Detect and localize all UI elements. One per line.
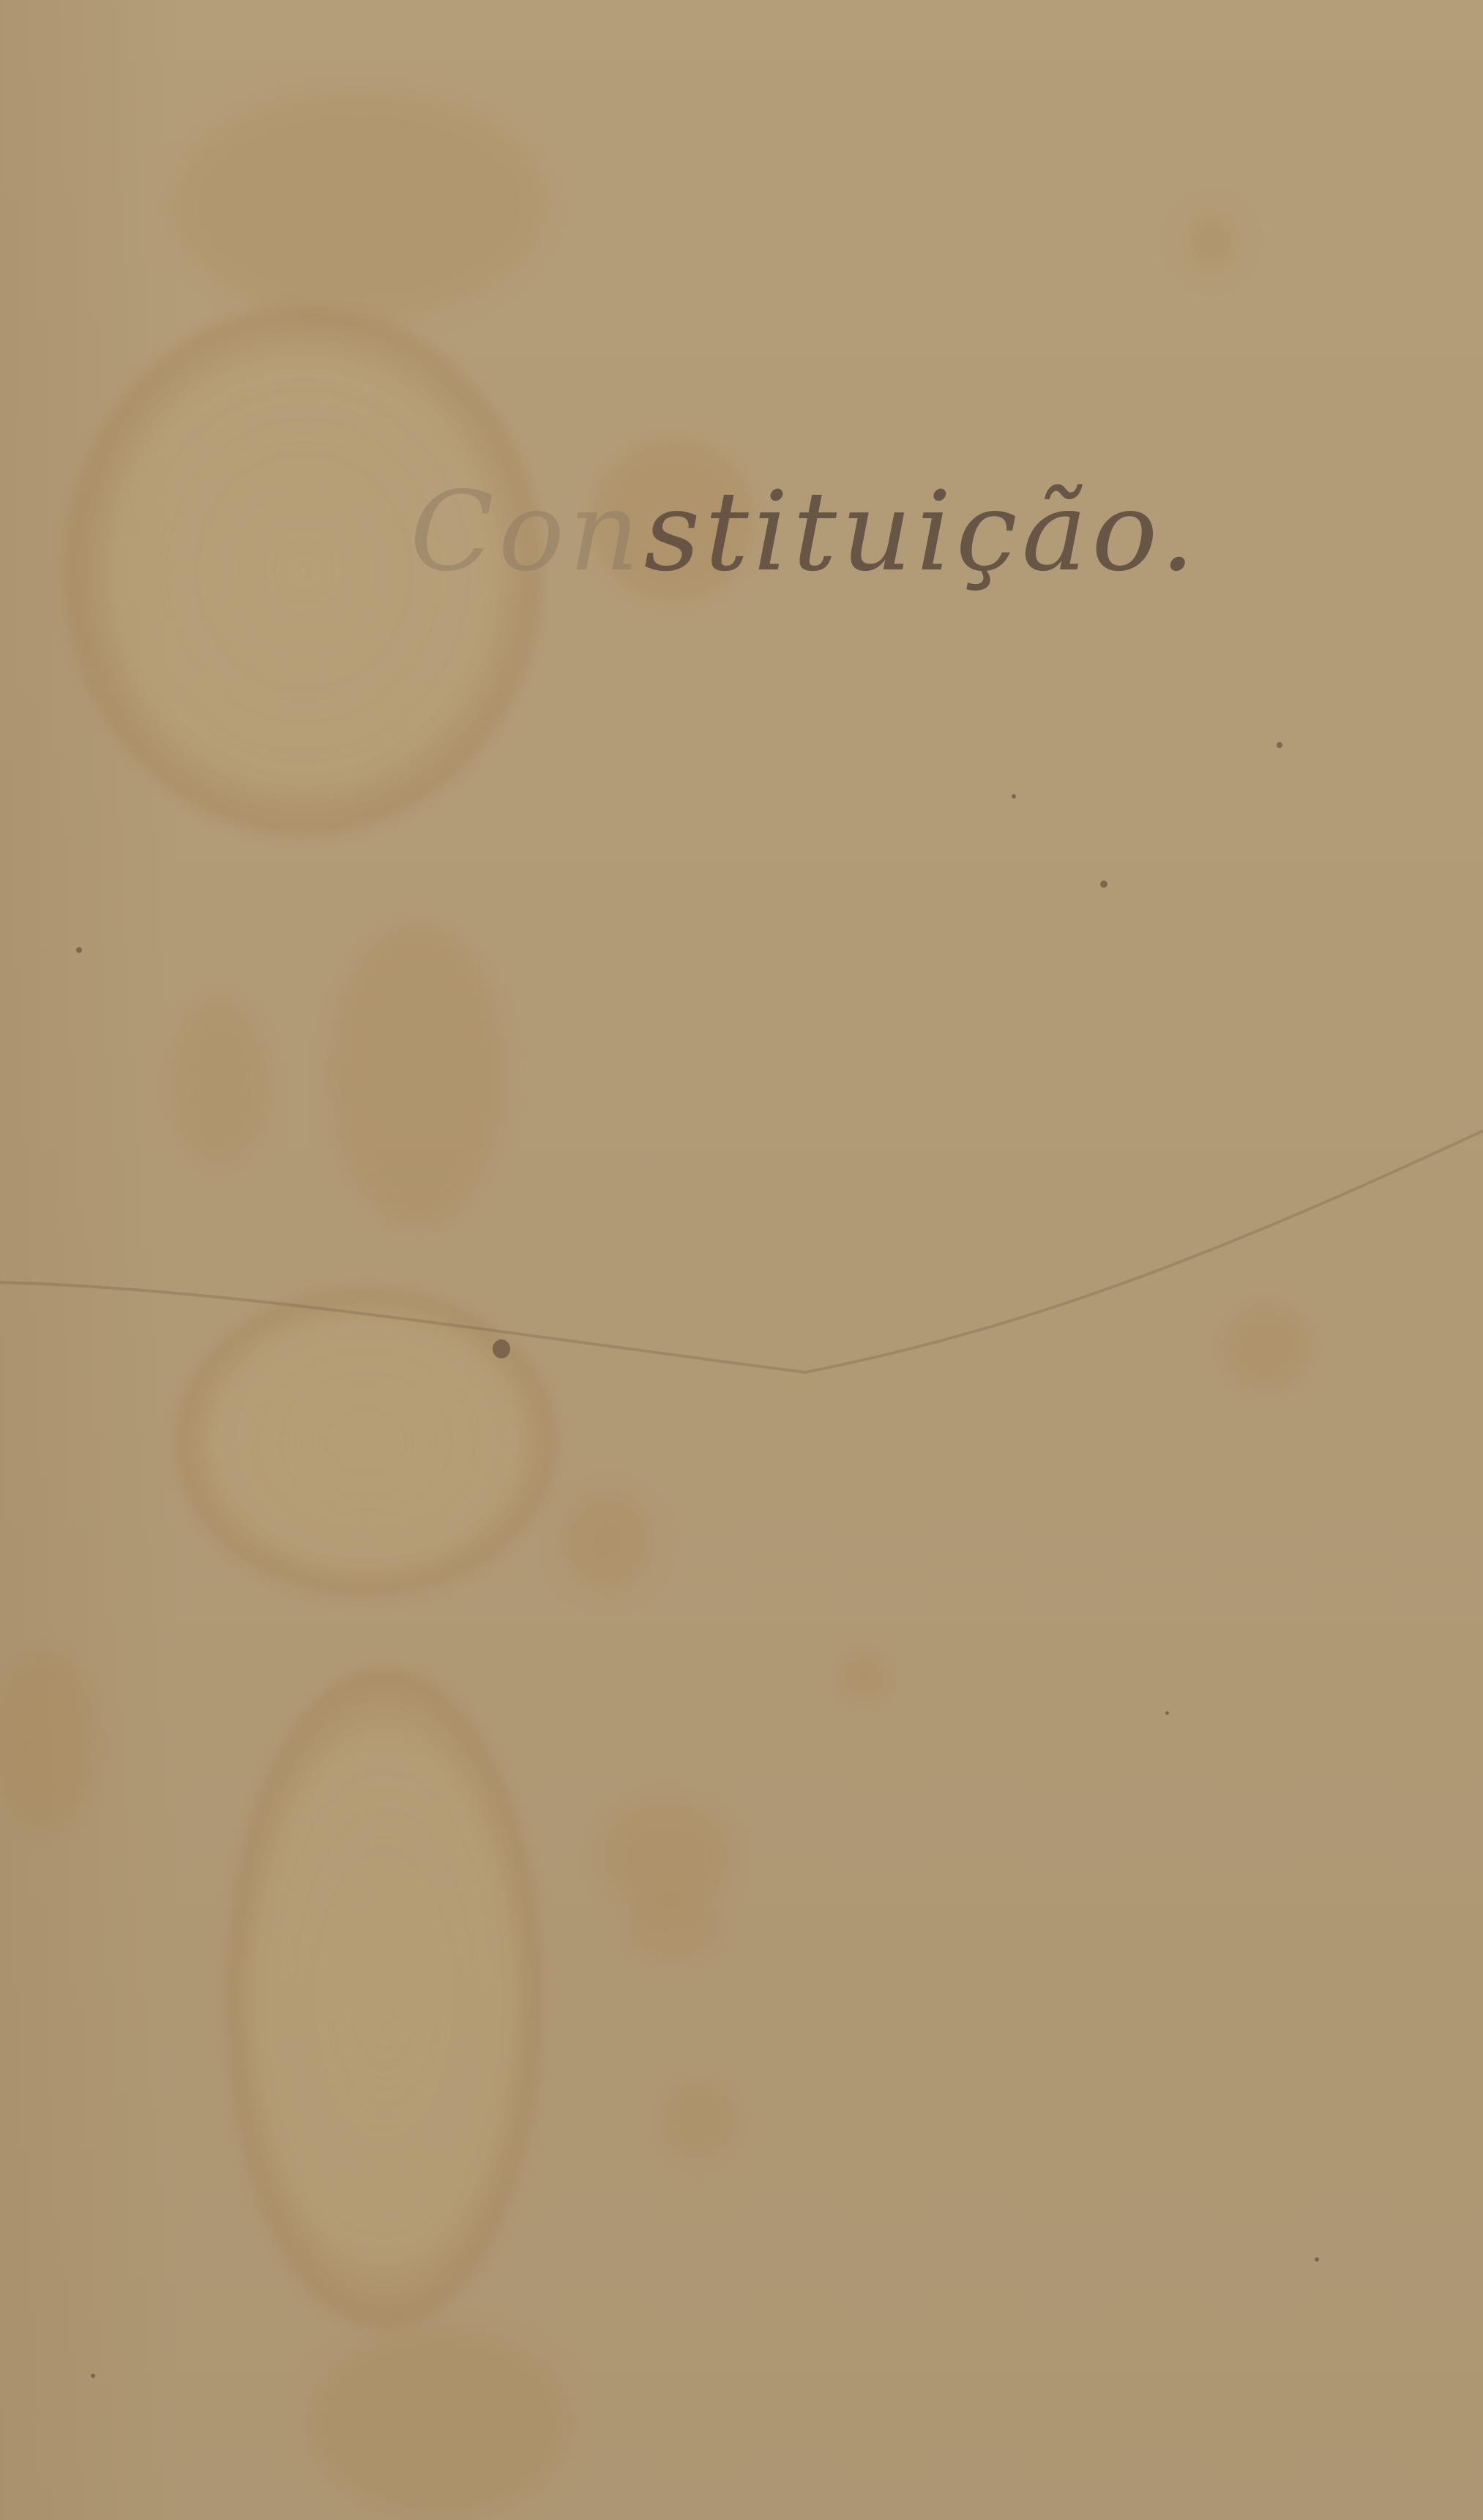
water-stain [168, 995, 271, 1171]
handwritten-title: Constituição. [410, 468, 1200, 596]
ink-speck [1012, 794, 1016, 799]
ink-speck [1100, 880, 1107, 888]
water-stain [622, 1896, 725, 1962]
water-stain [842, 1654, 886, 1698]
ink-speck [1277, 742, 1282, 748]
water-stain [564, 1493, 651, 1588]
water-stain [168, 88, 549, 322]
water-stain [0, 1654, 95, 1830]
ink-speck [76, 947, 82, 953]
water-stain [1222, 1303, 1310, 1391]
title-faded-prefix: Con [410, 468, 644, 596]
water-stain [329, 922, 505, 1230]
ink-speck [1165, 1711, 1169, 1715]
water-stain [1186, 212, 1237, 271]
water-stain [600, 1801, 732, 1910]
water-stain [307, 2328, 571, 2518]
manuscript-page: Constituição. [0, 0, 1483, 2520]
water-stain [227, 1669, 542, 2328]
title-ink: stituição. [644, 468, 1200, 596]
ink-speck [1315, 2257, 1319, 2262]
ink-speck [493, 1339, 510, 1358]
water-stain [176, 1288, 556, 1596]
water-stain [659, 2079, 739, 2159]
ink-speck [91, 2374, 95, 2378]
